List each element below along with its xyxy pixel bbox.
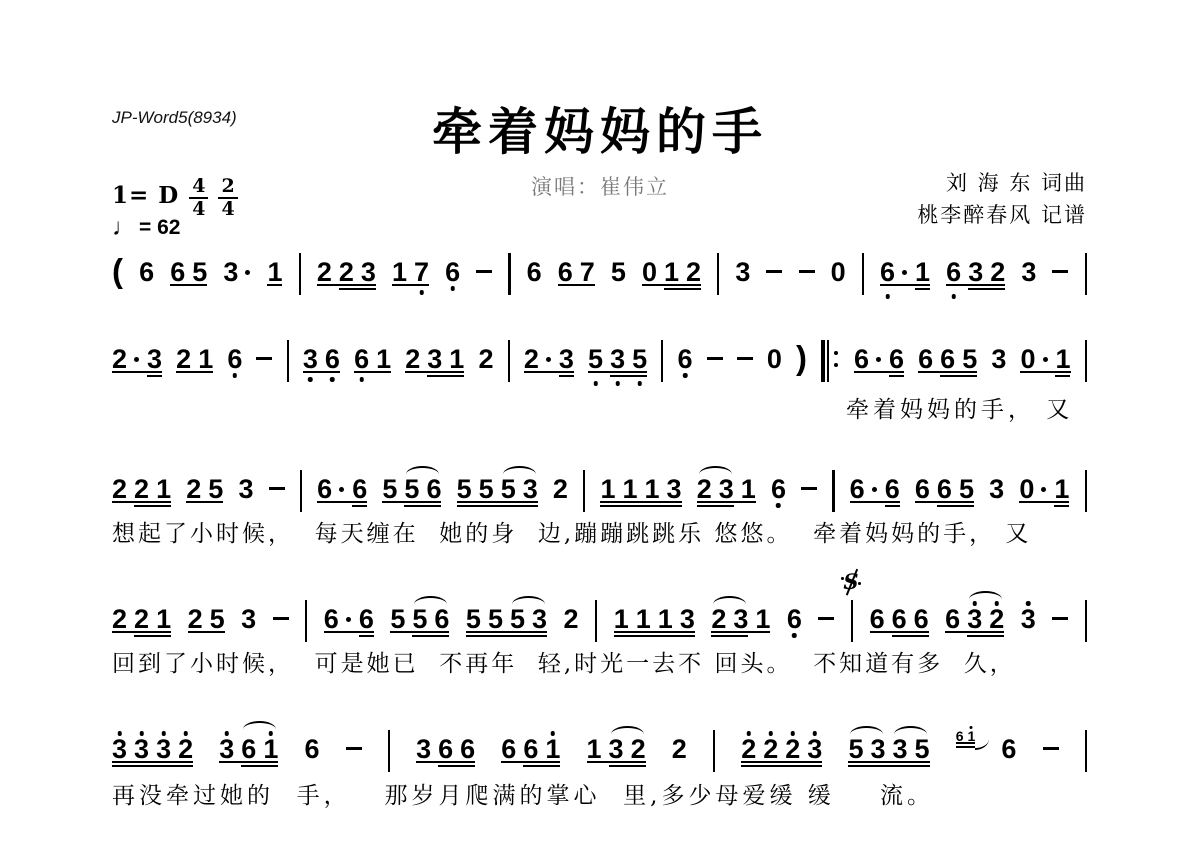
octave-dot-high xyxy=(972,601,977,606)
beam-underline xyxy=(176,371,213,373)
octave-dot-high xyxy=(551,731,556,736)
dash-note xyxy=(269,487,285,490)
note-digit: 1 xyxy=(614,604,629,634)
note-digit: 6 xyxy=(359,604,374,634)
note-digit: 3 xyxy=(1021,604,1036,634)
beam-underline xyxy=(303,371,340,373)
note-digit: 1 xyxy=(915,257,930,287)
beam-underline xyxy=(524,371,574,373)
beam-underline-sub xyxy=(937,505,974,507)
dash-note xyxy=(818,617,834,620)
digit: 6 xyxy=(854,344,869,374)
digit: 5 xyxy=(208,474,223,504)
digit: 6 xyxy=(460,734,475,764)
beam-underline xyxy=(918,371,977,373)
note-group: 661 xyxy=(501,734,560,764)
note-digit: 1 xyxy=(645,474,660,504)
beam-underline xyxy=(466,635,547,637)
octave-dot-low xyxy=(233,373,238,378)
digit: 2 xyxy=(564,604,579,634)
digit: 1 xyxy=(622,474,637,504)
octave-dot-high xyxy=(768,731,773,736)
note-digit: 6 xyxy=(241,734,256,764)
digit: 6 xyxy=(870,604,885,634)
note-digit: 3 xyxy=(416,734,431,764)
note-digit: 2 xyxy=(989,604,1004,634)
note-digit: 3 xyxy=(134,734,149,764)
note-group: 3 xyxy=(735,257,750,287)
digit: 1 xyxy=(741,474,756,504)
note-group: 01 xyxy=(1020,344,1070,374)
digit: 5 xyxy=(466,604,481,634)
dash-note xyxy=(346,747,362,750)
digit: 1 xyxy=(587,734,602,764)
note-group: 6 xyxy=(445,257,460,287)
beam-underline-sub xyxy=(1054,505,1069,507)
digit: 6 xyxy=(678,344,693,374)
dash-note xyxy=(476,270,492,273)
note-digit: 2 xyxy=(112,344,127,374)
digit: 5 xyxy=(588,344,603,374)
dot-glyph xyxy=(872,487,877,492)
note-group: 0 xyxy=(831,257,846,287)
note-digit: 3 xyxy=(1021,257,1036,287)
digit: 2 xyxy=(478,344,493,374)
beam-underline xyxy=(219,761,278,763)
digit: 3 xyxy=(733,604,748,634)
beam-underline-sub xyxy=(892,635,929,637)
note-digit: 5 xyxy=(404,474,419,504)
beam-underline xyxy=(600,505,681,507)
note-digit: 7 xyxy=(414,257,429,287)
octave-dot-high xyxy=(970,726,973,729)
note-group: 65 xyxy=(170,257,207,287)
digit: 5 xyxy=(488,604,503,634)
augmentation-dot xyxy=(245,257,251,287)
beam-underline-sub xyxy=(940,375,977,377)
digit: 3 xyxy=(112,734,127,764)
digit: 5 xyxy=(962,344,977,374)
note-digit: 3 xyxy=(147,344,162,374)
music-line: 33323616366661132222235335616 xyxy=(112,734,1087,764)
beam-underline-sub xyxy=(134,635,171,637)
digit: 3 xyxy=(147,344,162,374)
slur-arc xyxy=(503,466,536,476)
note-digit: 2 xyxy=(112,604,127,634)
slur-arc xyxy=(699,466,732,476)
beam-underline xyxy=(170,284,207,286)
note-digit: 3 xyxy=(968,257,983,287)
composer-credit: 刘 海 东 词曲 xyxy=(946,170,1087,196)
digit: 5 xyxy=(915,734,930,764)
digit: 6 xyxy=(445,257,460,287)
dash-note xyxy=(737,357,753,360)
digit: 1 xyxy=(600,474,615,504)
note-digit: 6 xyxy=(426,474,441,504)
digit: 3 xyxy=(680,604,695,634)
note-digit: 1 xyxy=(263,734,278,764)
dot-glyph xyxy=(245,270,250,275)
dash-note xyxy=(799,270,815,273)
digit: 2 xyxy=(785,734,800,764)
octave-dot-low xyxy=(308,377,313,382)
digit: 3 xyxy=(427,344,442,374)
note-group: 3 xyxy=(991,344,1006,374)
digit: 6 xyxy=(889,344,904,374)
digit: 1 xyxy=(614,604,629,634)
digit: 6 xyxy=(359,604,374,634)
note-group: 231 xyxy=(697,474,756,504)
digit: 6 xyxy=(170,257,185,287)
beam-underline-sub xyxy=(404,505,441,507)
note-digit: 5 xyxy=(466,604,481,634)
barline xyxy=(508,340,510,382)
note-digit: 6 xyxy=(915,474,930,504)
note-digit: 2 xyxy=(711,604,726,634)
note-digit: 6 xyxy=(850,474,865,504)
slur-arc xyxy=(414,596,447,606)
note-digit: 3 xyxy=(733,604,748,634)
beam-underline xyxy=(112,631,171,633)
time-signature-1: 4 4 xyxy=(189,176,208,220)
digit: 6 xyxy=(892,604,907,634)
note-digit: 2 xyxy=(317,257,332,287)
digit: 2 xyxy=(339,257,354,287)
note-group: 6 xyxy=(304,734,319,764)
note-digit: 6 xyxy=(771,474,786,504)
beam-underline xyxy=(457,501,538,503)
music-line: 23216366123122353560)66665301 xyxy=(112,344,1087,374)
digit: 6 xyxy=(317,474,332,504)
note-group: 6 xyxy=(787,604,802,634)
note-group: 3332 xyxy=(112,734,193,764)
beam-underline xyxy=(880,284,930,286)
digit: 3 xyxy=(523,474,538,504)
note-digit: 5 xyxy=(488,604,503,634)
segno-icon: S xyxy=(841,569,861,595)
digit: 1 xyxy=(267,257,282,287)
note-digit: 6 xyxy=(870,604,885,634)
note-group: 632 xyxy=(946,257,1005,287)
note-digit: 3 xyxy=(238,474,253,504)
augmentation-dot xyxy=(872,474,878,504)
note-digit: 5 xyxy=(501,474,516,504)
digit: 1 xyxy=(1054,474,1069,504)
beam-underline-sub xyxy=(523,765,560,767)
note-digit: 6 xyxy=(170,257,185,287)
note-digit: 6 xyxy=(914,604,929,634)
digit: 1 xyxy=(755,604,770,634)
digit: 5 xyxy=(501,474,516,504)
octave-dot-high xyxy=(117,731,122,736)
digit: 2 xyxy=(134,604,149,634)
time-sig-numerator: 4 xyxy=(189,176,208,197)
digit: 2 xyxy=(112,474,127,504)
beam-underline-sub xyxy=(241,765,278,767)
segno-dot xyxy=(841,577,844,580)
beam-underline-sub xyxy=(885,505,900,507)
note-digit: 1 xyxy=(156,474,171,504)
note-digit: 2 xyxy=(339,257,354,287)
beam-underline-sub xyxy=(352,505,367,507)
note-digit: 1 xyxy=(587,734,602,764)
digit: 1 xyxy=(449,344,464,374)
digit: 3 xyxy=(610,344,625,374)
digit: 6 xyxy=(915,474,930,504)
dash-note xyxy=(707,357,723,360)
time-signature-2: 2 4 xyxy=(218,176,237,220)
barline xyxy=(1085,600,1087,642)
note-digit: 2 xyxy=(112,474,127,504)
digit: 6 xyxy=(304,734,319,764)
beam-underline xyxy=(850,501,900,503)
time-sig-numerator: 2 xyxy=(218,176,237,197)
digit: 1 xyxy=(1056,344,1071,374)
note-group: 665 xyxy=(915,474,974,504)
digit: 6 xyxy=(139,257,154,287)
note-digit: 2 xyxy=(478,344,493,374)
digit: 3 xyxy=(156,734,171,764)
note-digit: 6 xyxy=(880,257,895,287)
repeat-dot xyxy=(834,363,838,367)
digit: 0 xyxy=(831,257,846,287)
note-digit: 2 xyxy=(697,474,712,504)
octave-dot-high xyxy=(791,731,796,736)
dash-note xyxy=(273,617,289,620)
note-digit: 6 xyxy=(438,734,453,764)
beam-underline xyxy=(711,631,770,633)
augmentation-dot xyxy=(876,344,882,374)
digit: 1 xyxy=(664,257,679,287)
dash-note xyxy=(1052,270,1068,273)
note-digit: 2 xyxy=(553,474,568,504)
digit: 3 xyxy=(238,474,253,504)
note-digit: 5 xyxy=(611,257,626,287)
note-group: 366 xyxy=(416,734,475,764)
dot-glyph xyxy=(1041,487,1046,492)
slur-arc xyxy=(969,591,1002,601)
digit: 3 xyxy=(416,734,431,764)
beam-underline xyxy=(1020,371,1070,373)
note-digit: 2 xyxy=(186,474,201,504)
note-digit: 3 xyxy=(609,734,624,764)
note-group: 01 xyxy=(1019,474,1069,504)
note-group: 632 xyxy=(945,604,1004,634)
note-group: 6 xyxy=(771,474,786,504)
barline xyxy=(713,730,715,772)
beam-underline xyxy=(956,742,976,744)
note-digit: 1 xyxy=(1056,344,1071,374)
beam-underline-sub xyxy=(134,505,171,507)
repeat-start-sign xyxy=(821,340,840,382)
augmentation-dot xyxy=(346,604,352,634)
note-digit: 3 xyxy=(719,474,734,504)
note-group: 6 xyxy=(139,257,154,287)
note-group: 2 xyxy=(564,604,579,634)
digit: 6 xyxy=(918,344,933,374)
note-digit: 5 xyxy=(588,344,603,374)
digit: 5 xyxy=(404,474,419,504)
transcriber-credit: 桃李醉春风 记谱 xyxy=(917,202,1087,228)
note-digit: 3 xyxy=(112,734,127,764)
beam-underline xyxy=(642,284,701,286)
dash-note xyxy=(1052,617,1068,620)
note-group: 23 xyxy=(112,344,162,374)
digit: 6 xyxy=(352,474,367,504)
digit: 1 xyxy=(376,344,391,374)
octave-dot-low xyxy=(593,381,598,386)
digit: 2 xyxy=(631,734,646,764)
beam-underline xyxy=(324,631,374,633)
digit: 3 xyxy=(223,257,238,287)
digit: 3 xyxy=(559,344,574,374)
digit: 5 xyxy=(192,257,207,287)
barline xyxy=(388,730,390,772)
note-digit: 6 xyxy=(558,257,573,287)
beam-underline xyxy=(741,761,822,763)
barline xyxy=(299,253,301,295)
slur-arc xyxy=(243,721,276,731)
note-digit: 5 xyxy=(510,604,525,634)
beam-underline xyxy=(392,284,429,286)
beam-underline-sub xyxy=(915,288,930,290)
digit: 6 xyxy=(523,734,538,764)
note-digit: 3 xyxy=(667,474,682,504)
note-group: 221 xyxy=(112,604,171,634)
beam-underline xyxy=(466,631,547,633)
beam-underline xyxy=(614,635,695,637)
beam-underline-sub xyxy=(1055,375,1070,377)
beam-underline xyxy=(501,761,560,763)
beam-underline xyxy=(870,631,929,633)
octave-dot-low xyxy=(683,373,688,378)
note-group: 2 xyxy=(478,344,493,374)
note-digit: 3 xyxy=(610,344,625,374)
digit: 3 xyxy=(134,734,149,764)
note-group: 5553 xyxy=(457,474,538,504)
note-digit: 2 xyxy=(178,734,193,764)
barline xyxy=(717,253,719,295)
note-digit: 6 xyxy=(787,604,802,634)
note-digit: 3 xyxy=(967,604,982,634)
digit: 2 xyxy=(186,474,201,504)
note-group: 132 xyxy=(587,734,646,764)
digit: 2 xyxy=(989,604,1004,634)
augmentation-dot xyxy=(1043,344,1049,374)
digit: 3 xyxy=(361,257,376,287)
barline xyxy=(661,340,663,382)
slur-arc xyxy=(894,726,927,736)
music-line: (66531223176667501230616323 xyxy=(112,257,1087,287)
note-group: 361 xyxy=(219,734,278,764)
digit: 6 xyxy=(434,604,449,634)
note-digit: 5 xyxy=(382,474,397,504)
note-group: 25 xyxy=(186,474,223,504)
digit: 3 xyxy=(667,474,682,504)
octave-dot-high xyxy=(994,601,999,606)
digit: 3 xyxy=(893,734,908,764)
beam-underline xyxy=(267,284,282,286)
digit: 6 xyxy=(885,474,900,504)
note-group: 1 xyxy=(267,257,282,287)
lyric-line: 再没牵过她的 手， 那岁月爬满的掌心 里,多少母爱缓 缓 流。 xyxy=(112,782,934,810)
beam-underline-sub xyxy=(559,375,574,377)
octave-dot-low xyxy=(792,633,797,638)
beam-underline xyxy=(317,284,376,286)
segno-dot xyxy=(858,582,861,585)
digit: 6 xyxy=(325,344,340,374)
note-digit: 6 xyxy=(940,344,955,374)
octave-dot-high xyxy=(225,731,230,736)
barline xyxy=(1085,730,1087,772)
note-digit: 3 xyxy=(219,734,234,764)
beam-underline-sub xyxy=(967,635,1004,637)
digit: 6 xyxy=(940,344,955,374)
beam-underline xyxy=(741,765,822,767)
digit: 2 xyxy=(176,344,191,374)
rest-note: 0 xyxy=(642,257,657,287)
note-digit: 3 xyxy=(156,734,171,764)
digit: 3 xyxy=(1021,257,1036,287)
digit: 6 xyxy=(771,474,786,504)
note-digit: 3 xyxy=(532,604,547,634)
digit: 3 xyxy=(735,257,750,287)
digit: 3 xyxy=(870,734,885,764)
beam-underline-sub xyxy=(438,765,475,767)
note-group: 0 xyxy=(767,344,782,374)
dot-glyph xyxy=(1043,357,1048,362)
beam-underline-sub xyxy=(609,765,646,767)
beam-underline xyxy=(614,631,695,633)
note-group: 6 xyxy=(527,257,542,287)
note-digit: 7 xyxy=(580,257,595,287)
note-group: 2223 xyxy=(741,734,822,764)
digit: 2 xyxy=(134,474,149,504)
digit: 0 xyxy=(1019,474,1034,504)
note-group: 66 xyxy=(324,604,374,634)
digit: 6 xyxy=(1001,734,1016,764)
note-group: 3 xyxy=(238,474,253,504)
note-group: 23 xyxy=(524,344,574,374)
note-digit: 6 xyxy=(352,474,367,504)
digit: 1 xyxy=(658,604,673,634)
beam-underline xyxy=(186,501,223,503)
digit: 3 xyxy=(219,734,234,764)
digit: 1 xyxy=(156,474,171,504)
music-line: 221253665565553211132316S6666323 xyxy=(112,604,1087,634)
parenthesis: ( xyxy=(112,256,123,286)
dot-glyph xyxy=(346,617,351,622)
key-signature: 1= D xyxy=(112,183,179,209)
digit: 0 xyxy=(767,344,782,374)
note-digit: 5 xyxy=(848,734,863,764)
note-digit: 5 xyxy=(412,604,427,634)
note-digit: 1 xyxy=(622,474,637,504)
note-digit: 2 xyxy=(763,734,778,764)
note-digit: 1 xyxy=(267,257,282,287)
page-title: 牵着妈妈的手 xyxy=(0,104,1200,160)
beam-underline-sub xyxy=(889,375,904,377)
digit: 5 xyxy=(412,604,427,634)
octave-dot-high xyxy=(161,731,166,736)
note-digit: 1 xyxy=(636,604,651,634)
lyric-line: 想起了小时候， 每天缠在 她的身 边,蹦蹦跳跳乐 悠悠。 牵着妈妈的手， 又 xyxy=(112,520,1031,548)
note-digit: 6 xyxy=(460,734,475,764)
digit: 3 xyxy=(719,474,734,504)
digit: 2 xyxy=(112,344,127,374)
digit: 5 xyxy=(210,604,225,634)
note-digit: 3 xyxy=(893,734,908,764)
